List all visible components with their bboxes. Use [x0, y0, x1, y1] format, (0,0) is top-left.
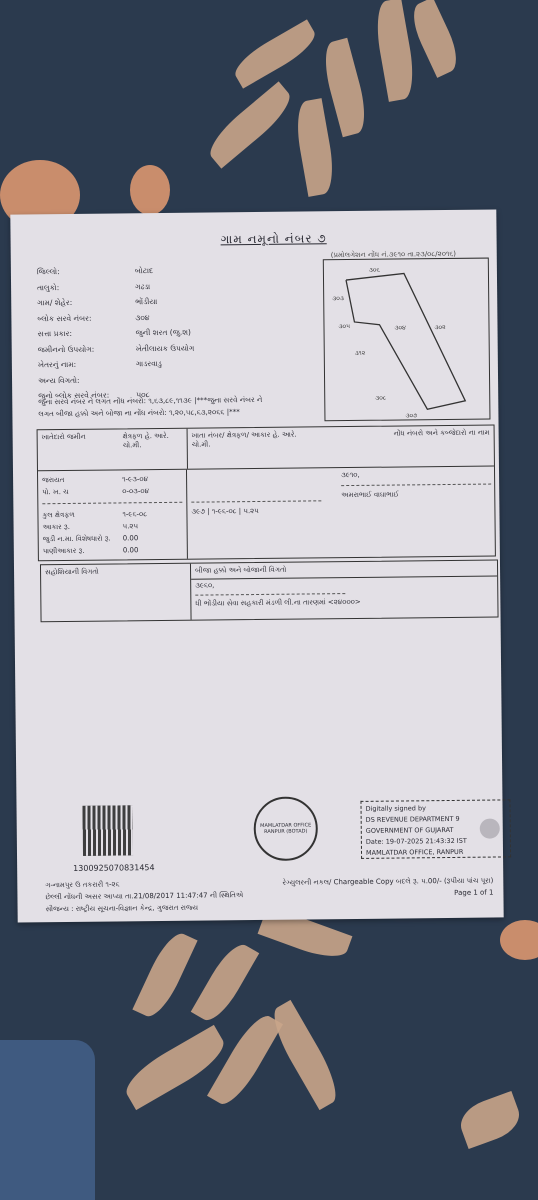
table-body: જરાયત૧-૯૩-૦૪ પો. ખ. ચ૦-૦૩-૦૪ કુલ ક્ષેત્ર… [38, 467, 495, 561]
document-title: ગામ નમૂનો નંબર ૭ [221, 231, 327, 247]
field-district: જિલ્લો:બોટાદ [37, 263, 194, 280]
khata-entry: ૩૯૭ | ૧-૯૬-૦૮ | ૫.૨૫ [191, 506, 341, 517]
field-taluka: તાલુકો:ગઢડા [37, 278, 194, 295]
field-village: ગામ/ શેહેર:ભોંડીયા [37, 294, 194, 311]
field-land-use: જમીનનો ઉપયોગ:ખેતીલાયક ઉપયોગ [38, 340, 195, 357]
parcel-map: ૩૦૬ ૩૦૩ ૩૦૪ ૩૦૨ ૩૦૫ ૩૧૨ ૩૦૮ ૩૦૭ [323, 258, 491, 422]
table-row: પાણીઆકાર રૂ.0.00 [43, 544, 183, 557]
svg-text:૩૦૨: ૩૦૨ [434, 324, 446, 331]
footer-right: રેગ્યુલરની નકલ/ Chargeable Copy બદલે રૂ.… [282, 875, 493, 901]
mamlatdar-seal-icon: MAMLATDAR OFFICE RANPUR (BOTAD) [253, 796, 318, 861]
table-row: પો. ખ. ચ૦-૦૩-૦૪ [42, 485, 182, 498]
page-number: Page 1 of 1 [283, 887, 494, 901]
svg-text:૩૦૮: ૩૦૮ [375, 395, 387, 402]
svg-text:૩૦૩: ૩૦૩ [332, 295, 344, 302]
field-tenure: સત્તા પ્રકાર:જુની શરત (જુ.શ) [37, 325, 194, 342]
digital-signature-box: Digitally signed by DS REVENUE DEPARTMEN… [360, 799, 511, 859]
svg-text:૩૦૫: ૩૦૫ [338, 323, 350, 330]
field-farm-name: ખેતરનું નામ:ગાડરવાડુ [38, 356, 195, 373]
table-header: ખાતેદારો જમીન ક્ષેત્રફળ હે. આરે. ચો.મી. … [38, 426, 494, 472]
field-block-survey: બ્લોક સરવે નંબર:૩૦૪ [37, 309, 194, 326]
field-other-details: અન્ય વિગતો: [38, 371, 195, 388]
svg-text:૩૦૭: ૩૦૭ [405, 412, 417, 419]
record-fields: જિલ્લો:બોટાદ તાલુકો:ગઢડા ગામ/ શેહેર:ભોંડ… [37, 263, 195, 404]
note-number: ૩૯૧૦, [341, 470, 491, 481]
verified-check-icon [480, 818, 500, 838]
svg-text:૩૦૪: ૩૦૪ [394, 324, 406, 331]
denim-fabric [0, 1040, 95, 1200]
divider [42, 502, 182, 504]
old-survey-notes: જુના સરવે નંબર ને લગત નોંધ નંબરો: ૧,૬૩,૮… [38, 393, 328, 420]
owner-name: અમરાભાઈ વાઘાભાઈ [341, 490, 491, 501]
qr-number: 1300925070831454 [73, 863, 155, 873]
land-details-table: ખાતેદારો જમીન ક્ષેત્રફળ હે. આરે. ચો.મી. … [37, 425, 496, 562]
svg-text:૩૦૬: ૩૦૬ [369, 267, 381, 274]
parcel-outline-icon: ૩૦૬ ૩૦૩ ૩૦૪ ૩૦૨ ૩૦૫ ૩૧૨ ૩૦૮ ૩૦૭ [324, 259, 490, 421]
land-record-document: ગામ નમૂનો નંબર ૭ (પ્રમોલગેશન નોંધ નં.૩૯૧… [10, 209, 503, 922]
svg-text:૩૧૨: ૩૧૨ [355, 350, 366, 357]
qr-code-icon [83, 805, 134, 856]
other-rights-table: સહોશિયાની વિગતો બીજા હક્કો અને બોજાની વિ… [40, 559, 499, 622]
